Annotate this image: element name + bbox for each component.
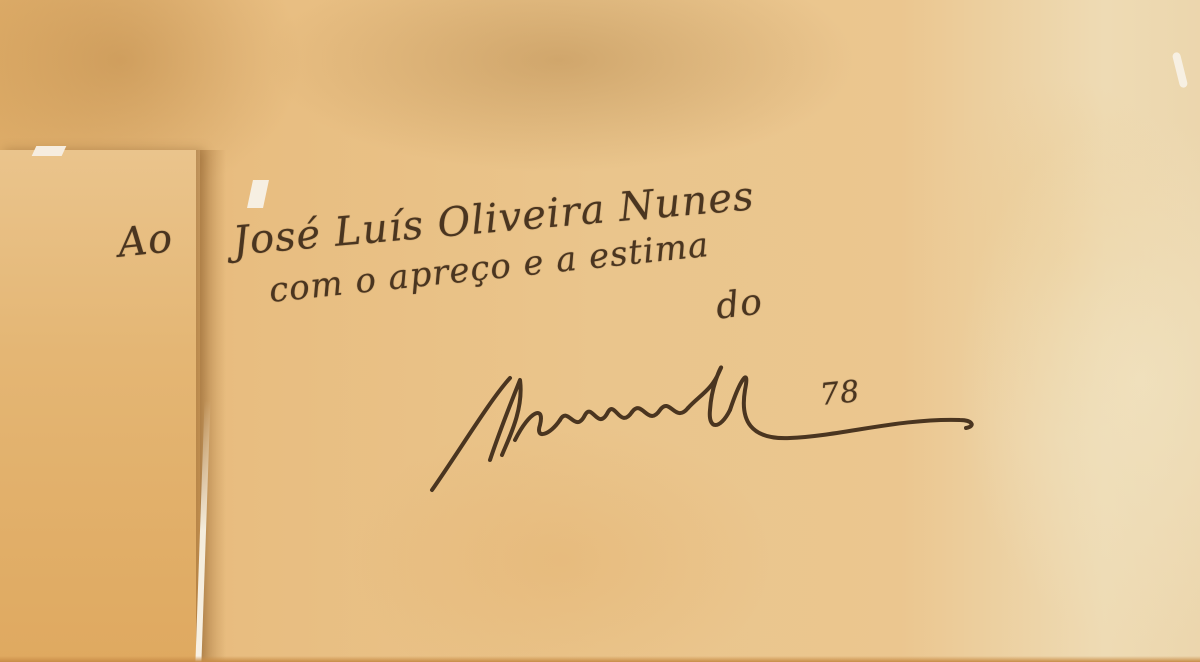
- dedication-line-3: do: [714, 281, 765, 327]
- dedication-salutation: Ao: [116, 215, 175, 266]
- torn-corner: [32, 146, 67, 156]
- signature-icon: [420, 350, 990, 500]
- signature-year: 78: [818, 374, 862, 413]
- paper-bottom-edge: [0, 656, 1200, 662]
